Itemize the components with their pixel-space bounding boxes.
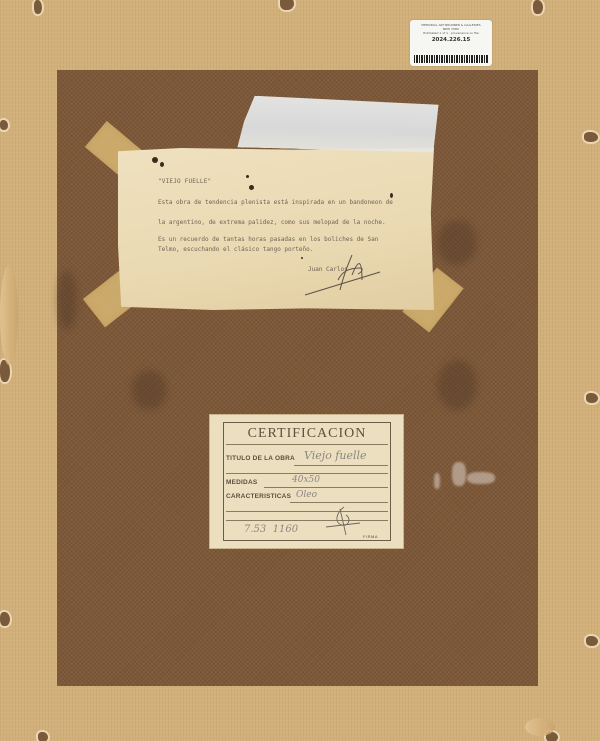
stain — [132, 370, 167, 410]
certificate-field-value-title: Viejo fuelle — [304, 449, 367, 462]
certificate-field-label-caracteristicas: CARACTERISTICAS — [226, 493, 291, 500]
frame-tear — [586, 636, 598, 646]
certificate-signature-icon — [324, 505, 364, 537]
paper-curl — [0, 265, 18, 365]
frame-tear — [38, 732, 48, 741]
ink-spot — [390, 193, 393, 198]
typed-note: "VIEJO FUELLE" Esta obra de tendencia pl… — [118, 148, 434, 310]
certificate-heading: CERTIFICACION — [224, 426, 390, 442]
frame-tear — [280, 0, 294, 10]
inventory-label-line3: Estimated 1 of 1 · provenance on file — [414, 31, 488, 35]
ink-spot — [246, 175, 249, 178]
note-line: Es un recuerdo de tantas horas pasadas e… — [158, 236, 378, 243]
certificate-field-label-medidas: MEDIDAS — [226, 479, 257, 486]
translucent-tape — [237, 95, 438, 152]
stain — [437, 220, 477, 265]
stain — [437, 360, 477, 410]
certificate-field-value-caracteristicas: Oleo — [296, 490, 317, 500]
note-title: "VIEJO FUELLE" — [158, 178, 211, 185]
ink-spot — [160, 162, 164, 167]
ink-spot — [301, 257, 303, 259]
note-line: la argentino, de extrema palidez, como s… — [158, 219, 386, 226]
scuff-mark — [434, 473, 440, 489]
certificate-divider — [264, 487, 388, 488]
certificate-field-label-title: TITULO DE LA OBRA — [226, 455, 295, 462]
certificate-divider — [226, 444, 388, 445]
certificate-label: CERTIFICACION TITULO DE LA OBRA Viejo fu… — [210, 415, 403, 548]
note-line: Esta obra de tendencia plenista está ins… — [158, 199, 393, 206]
frame-tear — [34, 0, 42, 14]
frame-tear — [584, 132, 598, 142]
frame-tear — [0, 612, 10, 626]
certificate-signature-label: FIRMA — [363, 534, 378, 539]
certificate-divider — [226, 473, 388, 474]
paper-curl — [525, 718, 555, 736]
certificate-border: CERTIFICACION TITULO DE LA OBRA Viejo fu… — [223, 422, 391, 541]
stain — [57, 270, 77, 330]
note-line: Telmo, escuchando el clásico tango porte… — [158, 246, 313, 253]
certificate-divider — [294, 465, 388, 466]
inventory-number: 2024.226.15 — [414, 37, 488, 43]
barcode-icon — [414, 55, 488, 63]
certificate-bottom-note: 7.53 1160 — [244, 524, 298, 535]
frame-tear — [533, 0, 543, 14]
certificate-divider — [290, 502, 388, 503]
inventory-label: MEMORIAL ART BRUNNER & GALLERIES NEW YOR… — [410, 20, 492, 66]
ink-spot — [249, 185, 254, 190]
frame-tear — [0, 120, 8, 130]
signature-icon — [300, 250, 390, 300]
scuff-mark — [467, 472, 495, 484]
scuff-mark — [452, 462, 466, 486]
certificate-field-value-medidas: 40x50 — [292, 475, 320, 485]
frame-tear — [586, 393, 598, 403]
ink-spot — [152, 157, 158, 163]
